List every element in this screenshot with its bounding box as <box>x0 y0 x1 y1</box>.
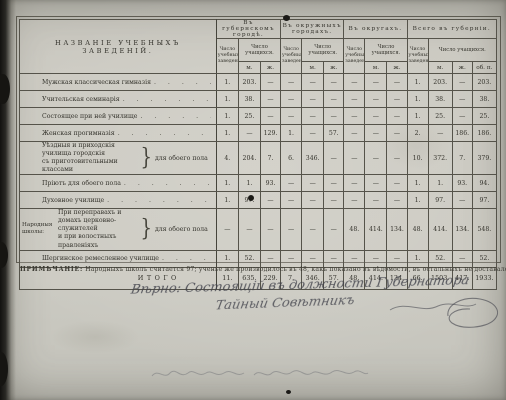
value-cell: — <box>344 91 365 108</box>
value-cell: — <box>344 250 365 267</box>
value-cell: — <box>302 74 324 91</box>
value-cell: — <box>344 175 365 192</box>
students-count-header: Число учащихся. <box>365 39 407 62</box>
row-label-two-lines: Уѣздныя и приходскія училища городскіясъ… <box>42 142 137 174</box>
students-count-header: Число учащихся. <box>428 39 496 62</box>
header-row-groups: НАЗВАНІЕ УЧЕБНЫХЪ ЗАВЕДЕНІЙ.Въ губернско… <box>20 20 497 39</box>
value-cell: — <box>387 250 407 267</box>
ink-blot <box>286 390 291 394</box>
row-label-flex: Пріютъ для обоего пола . . . . . . . . .… <box>20 180 216 187</box>
value-cell: 372. <box>428 142 452 175</box>
value-cell: 414. <box>428 209 452 250</box>
value-cell: 1. <box>216 125 238 142</box>
value-cell: 129. <box>260 125 280 142</box>
dot-leaders: . . . . . . . . . . . . . . . <box>162 255 211 262</box>
row-label-flex: Учительская семинарія . . . . . . . . . … <box>20 96 216 103</box>
value-cell: — <box>281 175 302 192</box>
value-cell: — <box>238 125 260 142</box>
value-cell: 93. <box>452 175 472 192</box>
paper-stain <box>50 320 140 354</box>
row-label: Учительская семинарія <box>42 96 120 103</box>
value-cell: 186. <box>472 125 496 142</box>
value-cell: 52. <box>472 250 496 267</box>
value-cell: — <box>216 209 238 250</box>
row-label-line2: и при волостныхъ правленіяхъ <box>58 233 137 249</box>
value-cell: 1. <box>407 108 428 125</box>
value-cell: — <box>260 192 280 209</box>
value-cell: — <box>344 74 365 91</box>
ink-blot <box>283 15 290 21</box>
row-label-flex: Шергинское ремесленное училище . . . . .… <box>20 255 216 262</box>
value-cell: 186. <box>452 125 472 142</box>
table-row: Мужская классическая гимназія . . . . . … <box>20 74 497 91</box>
sex-subcol-header: м. <box>428 62 452 74</box>
row-label-line2: съ приготовительными классами <box>42 158 137 174</box>
value-cell: — <box>365 192 387 209</box>
value-cell: — <box>324 192 344 209</box>
value-cell: — <box>302 250 324 267</box>
value-cell: — <box>365 250 387 267</box>
table-row: Пріютъ для обоего пола . . . . . . . . .… <box>20 175 497 192</box>
students-count-header: Число учащихся. <box>238 39 280 62</box>
value-cell: — <box>260 74 280 91</box>
dot-leaders: . . . . . . . . . . . . . . . <box>107 197 211 204</box>
value-cell: 48. <box>407 209 428 250</box>
row-label-cell: Пріютъ для обоего пола . . . . . . . . .… <box>20 175 217 192</box>
value-cell: 414. <box>365 209 387 250</box>
value-cell: 1. <box>407 250 428 267</box>
value-cell: — <box>260 108 280 125</box>
row-label-cell: Состоящее при ней училище . . . . . . . … <box>20 108 217 125</box>
value-cell: 1. <box>216 175 238 192</box>
value-cell: — <box>344 142 365 175</box>
sex-subcol-header: об. п. <box>472 62 496 74</box>
value-cell: 346. <box>302 142 324 175</box>
table-row: Женская прогимназія . . . . . . . . . . … <box>20 125 497 142</box>
value-cell: 1. <box>407 192 428 209</box>
footnote-lead: ПРИМѢЧАНІЕ: <box>20 266 83 273</box>
value-cell: — <box>302 125 324 142</box>
value-cell: — <box>387 192 407 209</box>
row-label-cell: Учительская семинарія . . . . . . . . . … <box>20 91 217 108</box>
value-cell: 38. <box>472 91 496 108</box>
row-label: Духовное училище <box>42 197 104 204</box>
dot-leaders: . . . . . . . . . . . . . . . <box>118 130 211 137</box>
both-sexes-note: для обоего пола <box>155 155 208 162</box>
value-cell: 1. <box>216 108 238 125</box>
value-cell: 25. <box>428 108 452 125</box>
value-cell: 1. <box>281 125 302 142</box>
value-cell: — <box>281 250 302 267</box>
value-cell: — <box>344 192 365 209</box>
statistics-table-wrap: НАЗВАНІЕ УЧЕБНЫХЪ ЗАВЕДЕНІЙ.Въ губернско… <box>19 19 497 290</box>
value-cell: 134. <box>387 209 407 250</box>
value-cell: 203. <box>238 74 260 91</box>
value-cell: — <box>281 192 302 209</box>
row-margin-label: Народныя школы: <box>22 222 54 236</box>
value-cell: 1. <box>216 74 238 91</box>
value-cell: 94. <box>472 175 496 192</box>
row-label-cell: Шергинское ремесленное училище . . . . .… <box>20 250 217 267</box>
row-label: Шергинское ремесленное училище <box>42 255 159 262</box>
row-label-flex: Состоящее при ней училище . . . . . . . … <box>20 113 216 120</box>
table-row: Народныя школы:При переправахъ и домахъ … <box>20 209 497 250</box>
group-header: Всего въ губерніи. <box>407 20 496 39</box>
book-spine-shadow <box>0 0 16 400</box>
value-cell: 97. <box>472 192 496 209</box>
value-cell: 1. <box>216 250 238 267</box>
value-cell: 1. <box>216 91 238 108</box>
row-label-flex: Женская прогимназія . . . . . . . . . . … <box>20 130 216 137</box>
value-cell: — <box>344 125 365 142</box>
value-cell: 97. <box>428 192 452 209</box>
table-body: Мужская классическая гимназія . . . . . … <box>20 74 497 290</box>
dot-leaders: . . . . . . . . . . . . . . . <box>154 79 211 86</box>
row-label-cell: Народныя школы:При переправахъ и домахъ … <box>20 209 217 250</box>
value-cell: — <box>281 91 302 108</box>
scanned-document-page: НАЗВАНІЕ УЧЕБНЫХЪ ЗАВЕДЕНІЙ.Въ губернско… <box>0 0 506 400</box>
group-header: Въ округахъ. <box>344 20 407 39</box>
value-cell: — <box>428 125 452 142</box>
row-label: Состоящее при ней училище <box>42 113 137 120</box>
row-label: Женская прогимназія <box>42 130 115 137</box>
table-row: Шергинское ремесленное училище . . . . .… <box>20 250 497 267</box>
value-cell: 57. <box>324 125 344 142</box>
value-cell: — <box>302 108 324 125</box>
value-cell: — <box>344 108 365 125</box>
students-count-header: Число учащихся. <box>302 39 344 62</box>
value-cell: 1. <box>428 175 452 192</box>
value-cell: — <box>302 91 324 108</box>
value-cell: 203. <box>428 74 452 91</box>
value-cell: 204. <box>238 142 260 175</box>
value-cell: — <box>324 175 344 192</box>
value-cell: 52. <box>428 250 452 267</box>
row-label-cell: Женская прогимназія . . . . . . . . . . … <box>20 125 217 142</box>
value-cell: 52. <box>238 250 260 267</box>
value-cell: — <box>281 108 302 125</box>
value-cell: 2. <box>407 125 428 142</box>
institutions-name-header: НАЗВАНІЕ УЧЕБНЫХЪ ЗАВЕДЕНІЙ. <box>20 20 217 74</box>
value-cell: — <box>238 209 260 250</box>
value-cell: — <box>260 250 280 267</box>
value-cell: 38. <box>238 91 260 108</box>
row-label-flex: Мужская классическая гимназія . . . . . … <box>20 79 216 86</box>
value-cell: — <box>260 91 280 108</box>
value-cell: — <box>324 209 344 250</box>
row-label-cell: Уѣздныя и приходскія училища городскіясъ… <box>20 142 217 175</box>
sex-subcol-header: м. <box>238 62 260 74</box>
value-cell: 10. <box>407 142 428 175</box>
value-cell: — <box>387 125 407 142</box>
value-cell: 203. <box>472 74 496 91</box>
value-cell: — <box>302 175 324 192</box>
value-cell: — <box>324 74 344 91</box>
value-cell: 38. <box>428 91 452 108</box>
brace-glyph: } <box>140 218 151 241</box>
value-cell: — <box>365 175 387 192</box>
dot-leaders: . . . . . . . . . . . . . . . <box>124 180 211 187</box>
value-cell: 1. <box>407 74 428 91</box>
row-label-cell: Духовное училище . . . . . . . . . . . .… <box>20 192 217 209</box>
value-cell: — <box>365 91 387 108</box>
value-cell: 93. <box>260 175 280 192</box>
value-cell: — <box>365 142 387 175</box>
value-cell: — <box>387 142 407 175</box>
footnote-text: Народныхъ школъ считается 97; ученье же … <box>85 266 506 273</box>
brace-glyph: } <box>140 146 151 169</box>
value-cell: — <box>324 142 344 175</box>
ink-blot <box>248 195 254 201</box>
group-header: Въ окружныхъ городахъ. <box>281 20 344 39</box>
value-cell: — <box>387 108 407 125</box>
faint-handwritten-note <box>150 364 370 384</box>
value-cell: 1. <box>407 175 428 192</box>
value-cell: 379. <box>472 142 496 175</box>
value-cell: 1. <box>216 192 238 209</box>
value-cell: — <box>281 74 302 91</box>
value-cell: 548. <box>472 209 496 250</box>
value-cell: 25. <box>472 108 496 125</box>
value-cell: 25. <box>238 108 260 125</box>
value-cell: — <box>324 91 344 108</box>
value-cell: — <box>387 91 407 108</box>
value-cell: 7. <box>260 142 280 175</box>
value-cell: — <box>281 209 302 250</box>
row-label-flex: Духовное училище . . . . . . . . . . . .… <box>20 197 216 204</box>
institutions-count-header: Число учебныхъ заведеній. <box>344 39 365 74</box>
value-cell: — <box>452 74 472 91</box>
table-row: Уѣздныя и приходскія училища городскіясъ… <box>20 142 497 175</box>
table-row: Духовное училище . . . . . . . . . . . .… <box>20 192 497 209</box>
value-cell: — <box>387 175 407 192</box>
row-label: Пріютъ для обоего пола <box>42 180 121 187</box>
value-cell: 134. <box>452 209 472 250</box>
sex-subcol-header: ж. <box>452 62 472 74</box>
row-label: При переправахъ и домахъ церковно-служит… <box>58 209 137 233</box>
value-cell: — <box>302 209 324 250</box>
sex-subcol-header: м. <box>302 62 324 74</box>
value-cell: — <box>387 74 407 91</box>
institutions-count-header: Число учебныхъ заведеній. <box>281 39 302 74</box>
value-cell: 48. <box>344 209 365 250</box>
value-cell: — <box>302 192 324 209</box>
value-cell: 1. <box>407 91 428 108</box>
institutions-count-header: Число учебныхъ заведеній. <box>407 39 428 74</box>
education-statistics-table: НАЗВАНІЕ УЧЕБНЫХЪ ЗАВЕДЕНІЙ.Въ губернско… <box>19 19 497 290</box>
value-cell: — <box>452 192 472 209</box>
sex-subcol-header: ж. <box>387 62 407 74</box>
value-cell: 4. <box>216 142 238 175</box>
value-cell: — <box>260 209 280 250</box>
sex-subcol-header: ж. <box>324 62 344 74</box>
dot-leaders: . . . . . . . . . . . . . . . <box>123 96 211 103</box>
value-cell: — <box>452 108 472 125</box>
table-row: Состоящее при ней училище . . . . . . . … <box>20 108 497 125</box>
value-cell: 1. <box>238 175 260 192</box>
row-label-two-lines: При переправахъ и домахъ церковно-служит… <box>58 209 137 249</box>
dot-leaders: . . . . . . . . . . . . . . . <box>140 113 210 120</box>
value-cell: 7. <box>452 142 472 175</box>
both-sexes-note: для обоего пола <box>155 226 208 233</box>
sex-subcol-header: ж. <box>260 62 280 74</box>
table-head: НАЗВАНІЕ УЧЕБНЫХЪ ЗАВЕДЕНІЙ.Въ губернско… <box>20 20 497 74</box>
value-cell: — <box>365 108 387 125</box>
value-cell: — <box>365 74 387 91</box>
value-cell: — <box>365 125 387 142</box>
row-label-cell: Мужская классическая гимназія . . . . . … <box>20 74 217 91</box>
row-label: Мужская классическая гимназія <box>42 79 151 86</box>
value-cell: — <box>452 250 472 267</box>
value-cell: 6. <box>281 142 302 175</box>
row-label-flex: Уѣздныя и приходскія училища городскіясъ… <box>20 142 216 174</box>
institutions-count-header: Число учебныхъ заведеній. <box>216 39 238 74</box>
table-row: Учительская семинарія . . . . . . . . . … <box>20 91 497 108</box>
footnote: ПРИМѢЧАНІЕ: Народныхъ школъ считается 97… <box>20 266 490 273</box>
sex-subcol-header: м. <box>365 62 387 74</box>
signature-swash <box>388 300 478 316</box>
group-header: Въ губернскомъ городѣ. <box>216 20 280 39</box>
value-cell: — <box>452 91 472 108</box>
value-cell: — <box>324 250 344 267</box>
row-label: Уѣздныя и приходскія училища городскія <box>42 142 137 158</box>
value-cell: — <box>324 108 344 125</box>
